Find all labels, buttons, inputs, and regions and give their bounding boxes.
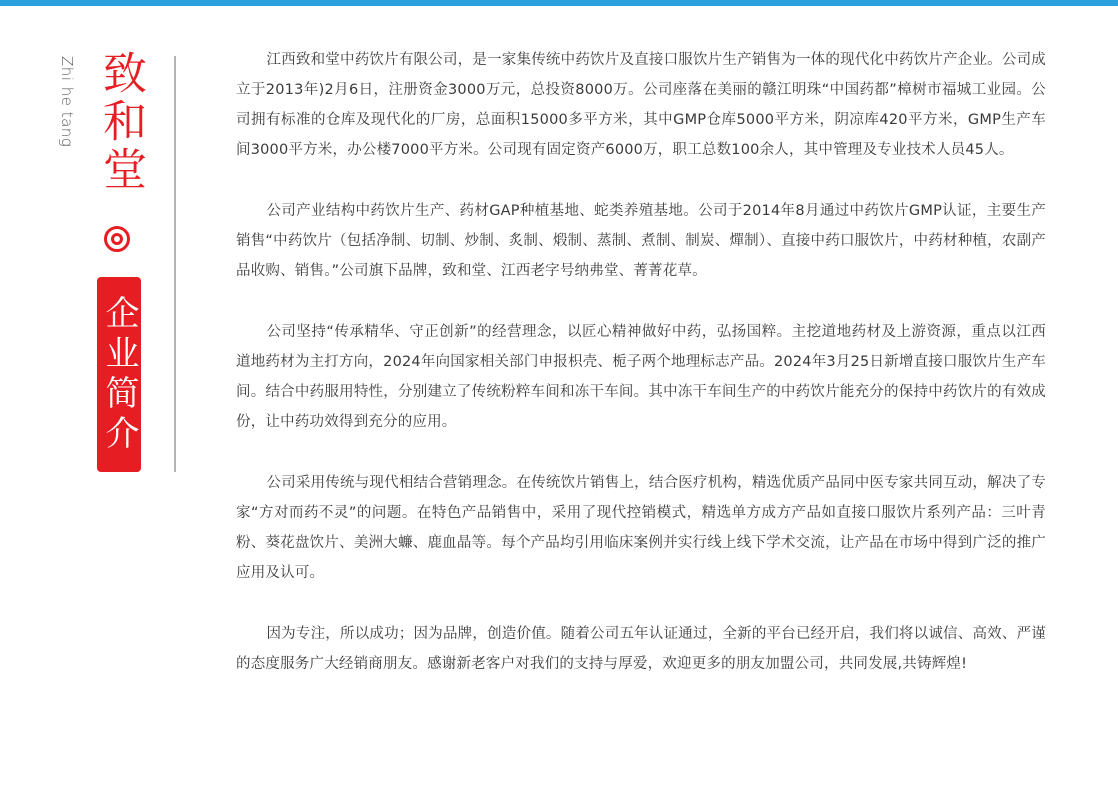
paragraph-philosophy: 公司坚持“传承精华、守正创新”的经营理念，以匠心精神做好中药，弘扬国粹。主挖道地… (236, 317, 1046, 437)
vertical-divider (174, 56, 176, 472)
section-label-badge: 企业简介 (97, 277, 141, 472)
paragraph-marketing: 公司采用传统与现代相结合营销理念。在传统饮片销售上，结合医疗机构，精选优质产品同… (236, 468, 1046, 588)
paragraph-closing: 因为专注，所以成功；因为品牌，创造价值。随着公司五年认证通过，全新的平台已经开启… (236, 619, 1046, 679)
brand-pinyin: Zhi he tang (58, 56, 76, 147)
brand-name: 致和堂 (92, 50, 148, 194)
company-intro-body: 江西致和堂中药饮片有限公司，是一家集传统中药饮片及直接口服饮片生产销售为一体的现… (236, 45, 1046, 710)
double-circle-icon (104, 226, 130, 252)
sidebar: Zhi he tang 致和堂 企业简介 (0, 0, 200, 800)
section-label: 企业简介 (97, 295, 141, 455)
paragraph-industry-structure: 公司产业结构中药饮片生产、药材GAP种植基地、蛇类养殖基地。公司于2014年8月… (236, 196, 1046, 286)
paragraph-overview: 江西致和堂中药饮片有限公司，是一家集传统中药饮片及直接口服饮片生产销售为一体的现… (236, 45, 1046, 165)
